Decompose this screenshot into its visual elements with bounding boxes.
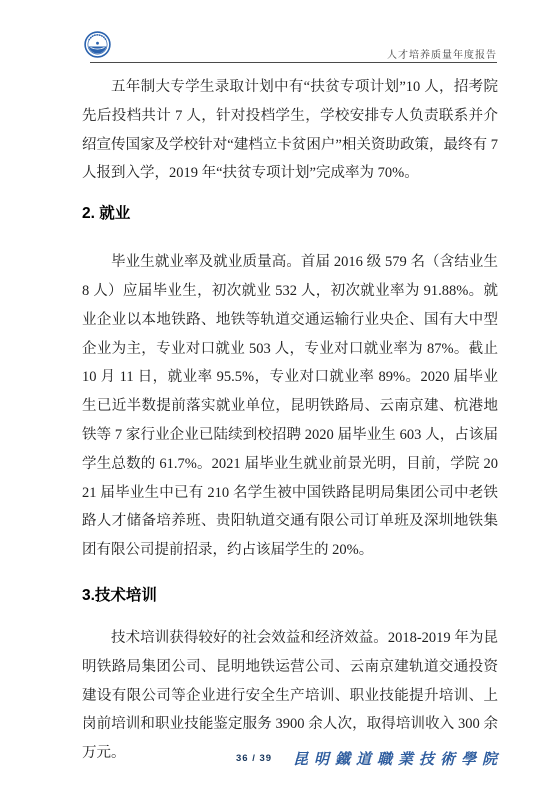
header-divider <box>90 62 497 63</box>
page-header: 人才培养质量年度报告 <box>0 0 557 66</box>
school-name-logotype: 昆明鐵道職業技術學院 <box>293 748 503 769</box>
document-page: 人才培养质量年度报告 五年制大专学生录取计划中有“扶贫专项计划”10 人，招考院… <box>0 0 557 800</box>
document-body: 五年制大专学生录取计划中有“扶贫专项计划”10 人，招考院先后投档共计 7 人，… <box>82 73 498 768</box>
paragraph-technical-training: 技术培训获得较好的社会效益和经济效益。2018-2019 年为昆明铁路局集团公司… <box>82 624 498 768</box>
school-seal-icon <box>84 31 111 58</box>
header-report-title: 人才培养质量年度报告 <box>387 46 497 61</box>
section-heading-technical-training: 3.技术培训 <box>82 585 498 607</box>
paragraph-employment: 毕业生就业率及就业质量高。首届 2016 级 579 名（含结业生 8 人）应届… <box>82 248 498 565</box>
paragraph-enrollment-plan: 五年制大专学生录取计划中有“扶贫专项计划”10 人，招考院先后投档共计 7 人，… <box>82 73 498 188</box>
section-heading-employment: 2. 就业 <box>82 203 498 225</box>
page-number: 36 / 39 <box>236 753 272 764</box>
